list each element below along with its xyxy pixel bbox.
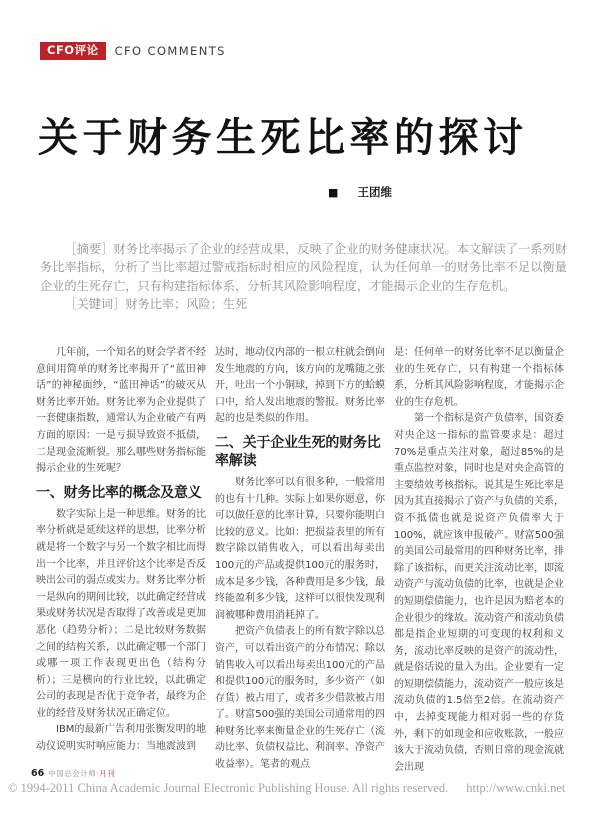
keywords-paragraph: ［关键词］财务比率；风险；生死 [40,295,567,313]
author-name: 王团维 [357,185,392,199]
journal-name: 中国总会计师·月刊 [48,768,115,779]
text-column-2: 达时，地动仪内部的一根立柱就会倒向发生地震的方向，该方向的龙嘴随之张开，吐出一个… [215,345,385,776]
abstract-block: ［摘要］财务比率揭示了企业的经营成果，反映了企业的财务健康状况。本文解读了一系列… [40,240,567,314]
section-heading-1: 一、财务比率的概念及意义 [36,484,206,502]
keywords-label: ［关键词］ [64,297,125,311]
journal-frequency: 月刊 [99,769,115,778]
masthead: CFO评论 CFO COMMENTS [40,42,226,60]
abstract-text: 财务比率揭示了企业的经营成果，反映了企业的财务健康状况。本文解读了一系列财务比率… [40,242,567,293]
author-square-icon: ■ [328,186,338,199]
copyright-line: © 1994-2011 China Academic Journal Elect… [8,780,596,796]
copyright-text: © 1994-2011 China Academic Journal Elect… [8,781,448,795]
text-column-3: 是：任何单一的财务比率不足以衡量企业的生死存亡，只有构建一个指标体系，分析其风险… [394,345,564,776]
paragraph: 数字实际上是一种思维。财务的比率分析就是延续这样的思想，比率分析就是将一个数字与… [36,507,206,723]
section-label: CFO COMMENTS [115,44,226,58]
abstract-paragraph: ［摘要］财务比率揭示了企业的经营成果，反映了企业的财务健康状况。本文解读了一系列… [40,240,567,295]
article-body: 几年前，一个知名的财会学者不经意间用简单的财务比率揭开了“蓝田神话”的神秘面纱，… [36,345,564,776]
section-heading-2: 二、关于企业生死的财务比率解读 [215,434,385,470]
journal-page: CFO评论 CFO COMMENTS 关于财务生死比率的探讨 ■ 王团维 ［摘要… [0,0,600,814]
paragraph: IBM的最新广告利用张衡发明的地动仪说明实时响应能力：当地震波到 [36,722,206,755]
abstract-label: ［摘要］ [64,242,113,256]
section-badge: CFO评论 [40,42,106,60]
paragraph: 几年前，一个知名的财会学者不经意间用简单的财务比率揭开了“蓝田神话”的神秘面纱，… [36,345,206,478]
paragraph: 财务比率可以有很多种，一般常用的也有十几种。实际上如果你愿意，你可以做任意的比率… [215,475,385,624]
cnki-url[interactable]: http://www.cnki.net [466,781,565,795]
text-column-1: 几年前，一个知名的财会学者不经意间用简单的财务比率揭开了“蓝田神话”的神秘面纱，… [36,345,206,776]
paragraph: 达时，地动仪内部的一根立柱就会倒向发生地震的方向，该方向的龙嘴随之张开，吐出一个… [215,345,385,428]
keywords-text: 财务比率；风险；生死 [125,297,247,311]
paragraph: 是：任何单一的财务比率不足以衡量企业的生死存亡，只有构建一个指标体系，分析其风险… [394,345,564,411]
journal-name-text: 中国总会计师 [48,769,96,778]
article-title: 关于财务生死比率的探讨 [38,116,528,160]
byline: ■ 王团维 [120,184,600,200]
page-number: 66 [31,768,44,779]
paragraph: 第一个指标是资产负债率，国资委对央企这一指标的监管要求是：超过70%是重点关注对… [394,411,564,776]
page-info: 66 中国总会计师·月刊 [31,768,115,779]
paragraph: 把资产负债表上的所有数字除以总资产，可以看出资产的分布情况；除以销售收入可以看出… [215,624,385,773]
